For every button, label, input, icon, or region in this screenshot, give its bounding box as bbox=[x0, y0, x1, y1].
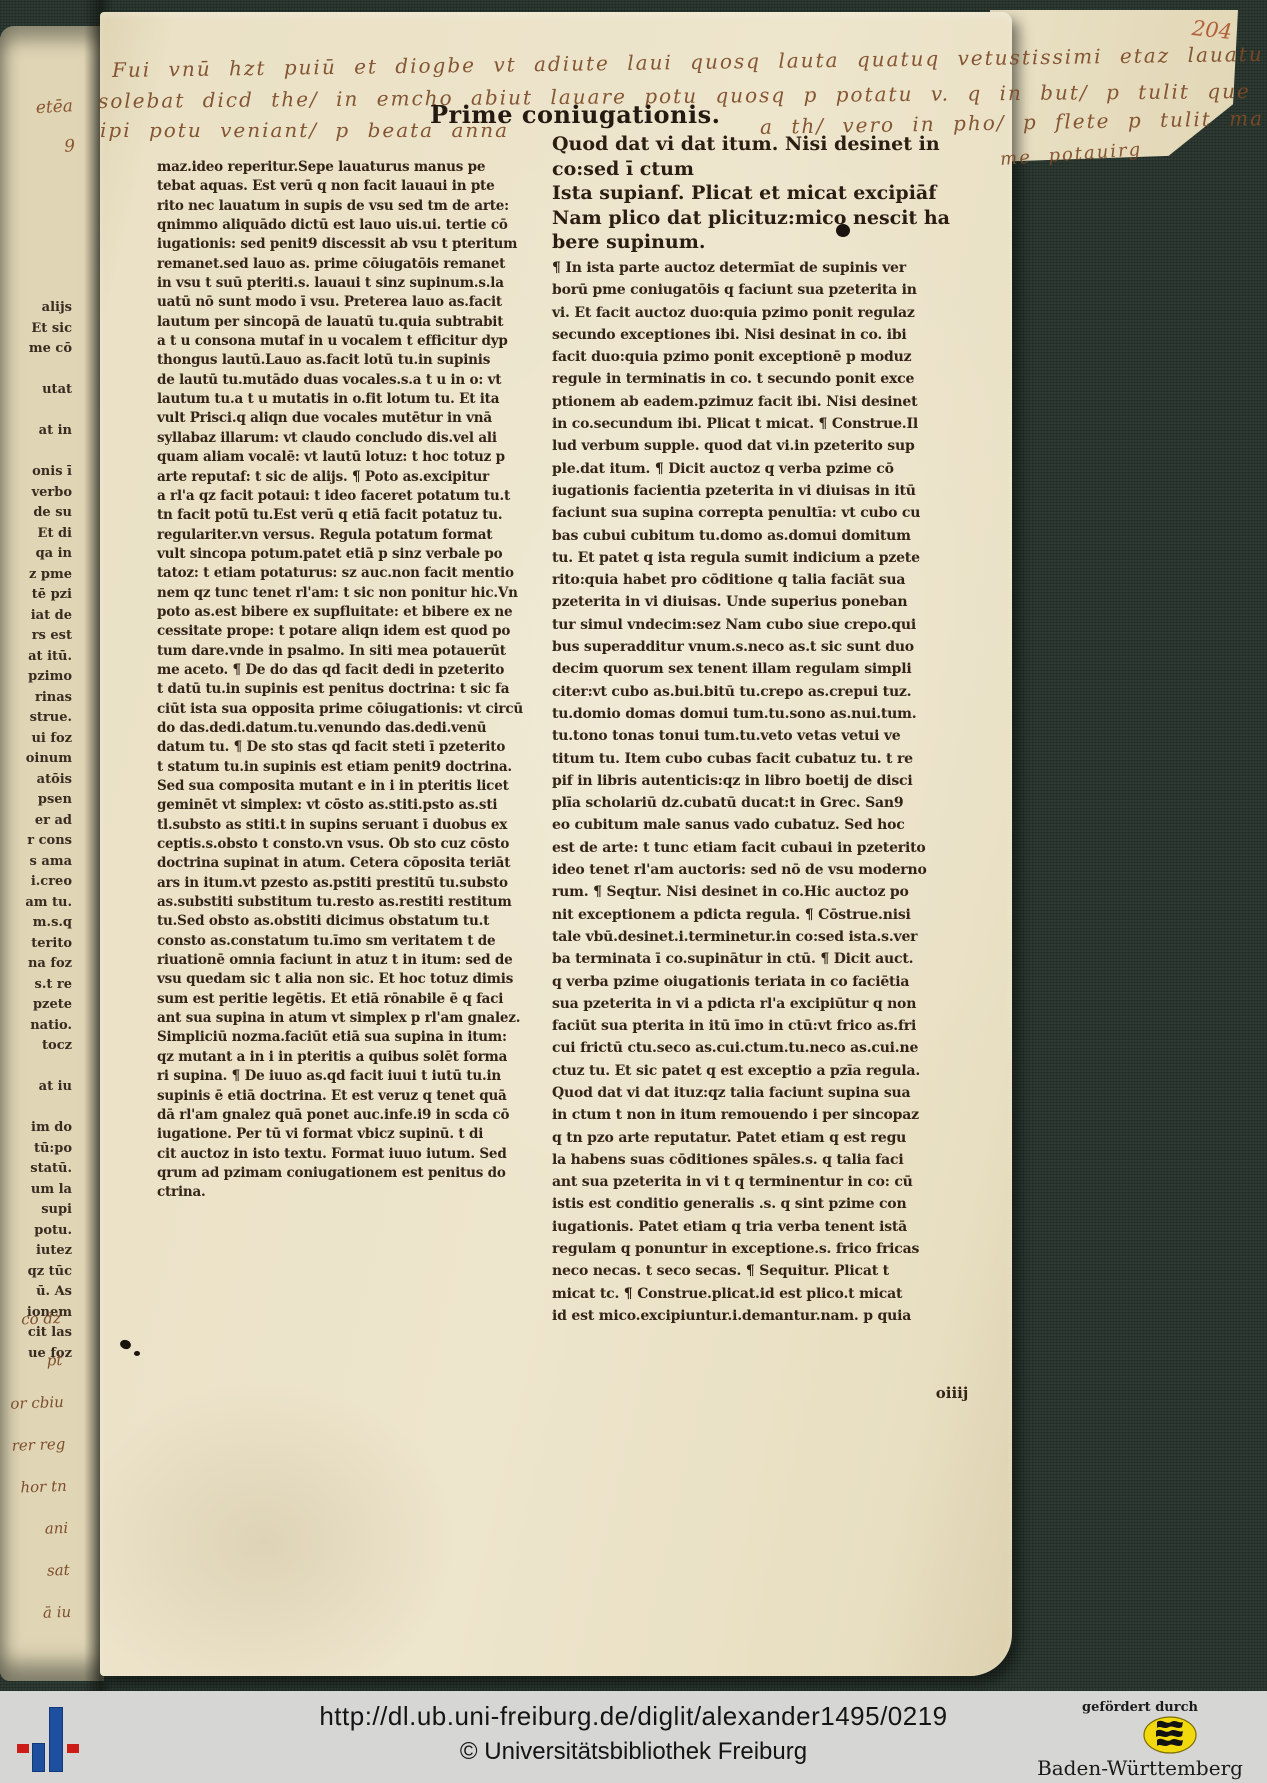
right-text-column: ¶ In ista parte auctoz determīat de supi… bbox=[552, 257, 976, 1327]
book-page: Fui vnū hzt puiū et diogbe vt adiute lau… bbox=[100, 12, 1012, 1676]
edge-handwritten-bottom: co dz pt or cbiu rer reg hor tn ani sat … bbox=[0, 1297, 72, 1635]
ink-blot bbox=[119, 1338, 132, 1350]
quire-signature: oiiij bbox=[922, 1384, 982, 1402]
ink-blot bbox=[134, 1351, 140, 1356]
ink-blot bbox=[836, 224, 850, 237]
page-heading: Prime coniugationis. bbox=[430, 100, 720, 129]
sponsor-name: Baden-Württemberg bbox=[1020, 1756, 1260, 1780]
edge-text-fragments: alijs Et sic me cō utat at in onis ī ver… bbox=[0, 298, 72, 1364]
verse-lemma: Quod dat vi dat itum. Nisi desinet in co… bbox=[552, 132, 982, 255]
left-text-column: maz.ideo reperitur.Sepe lauaturus manus … bbox=[157, 158, 557, 1203]
folio-number: 204 bbox=[1191, 16, 1233, 44]
digitized-book-viewer: etēa 9 alijs Et sic me cō utat at in oni… bbox=[0, 0, 1267, 1783]
sponsor-label: gefördert durch bbox=[1040, 1700, 1240, 1715]
baden-wuerttemberg-coat-of-arms-icon bbox=[1143, 1716, 1197, 1754]
edge-handwritten-top: etēa 9 bbox=[2, 86, 76, 170]
